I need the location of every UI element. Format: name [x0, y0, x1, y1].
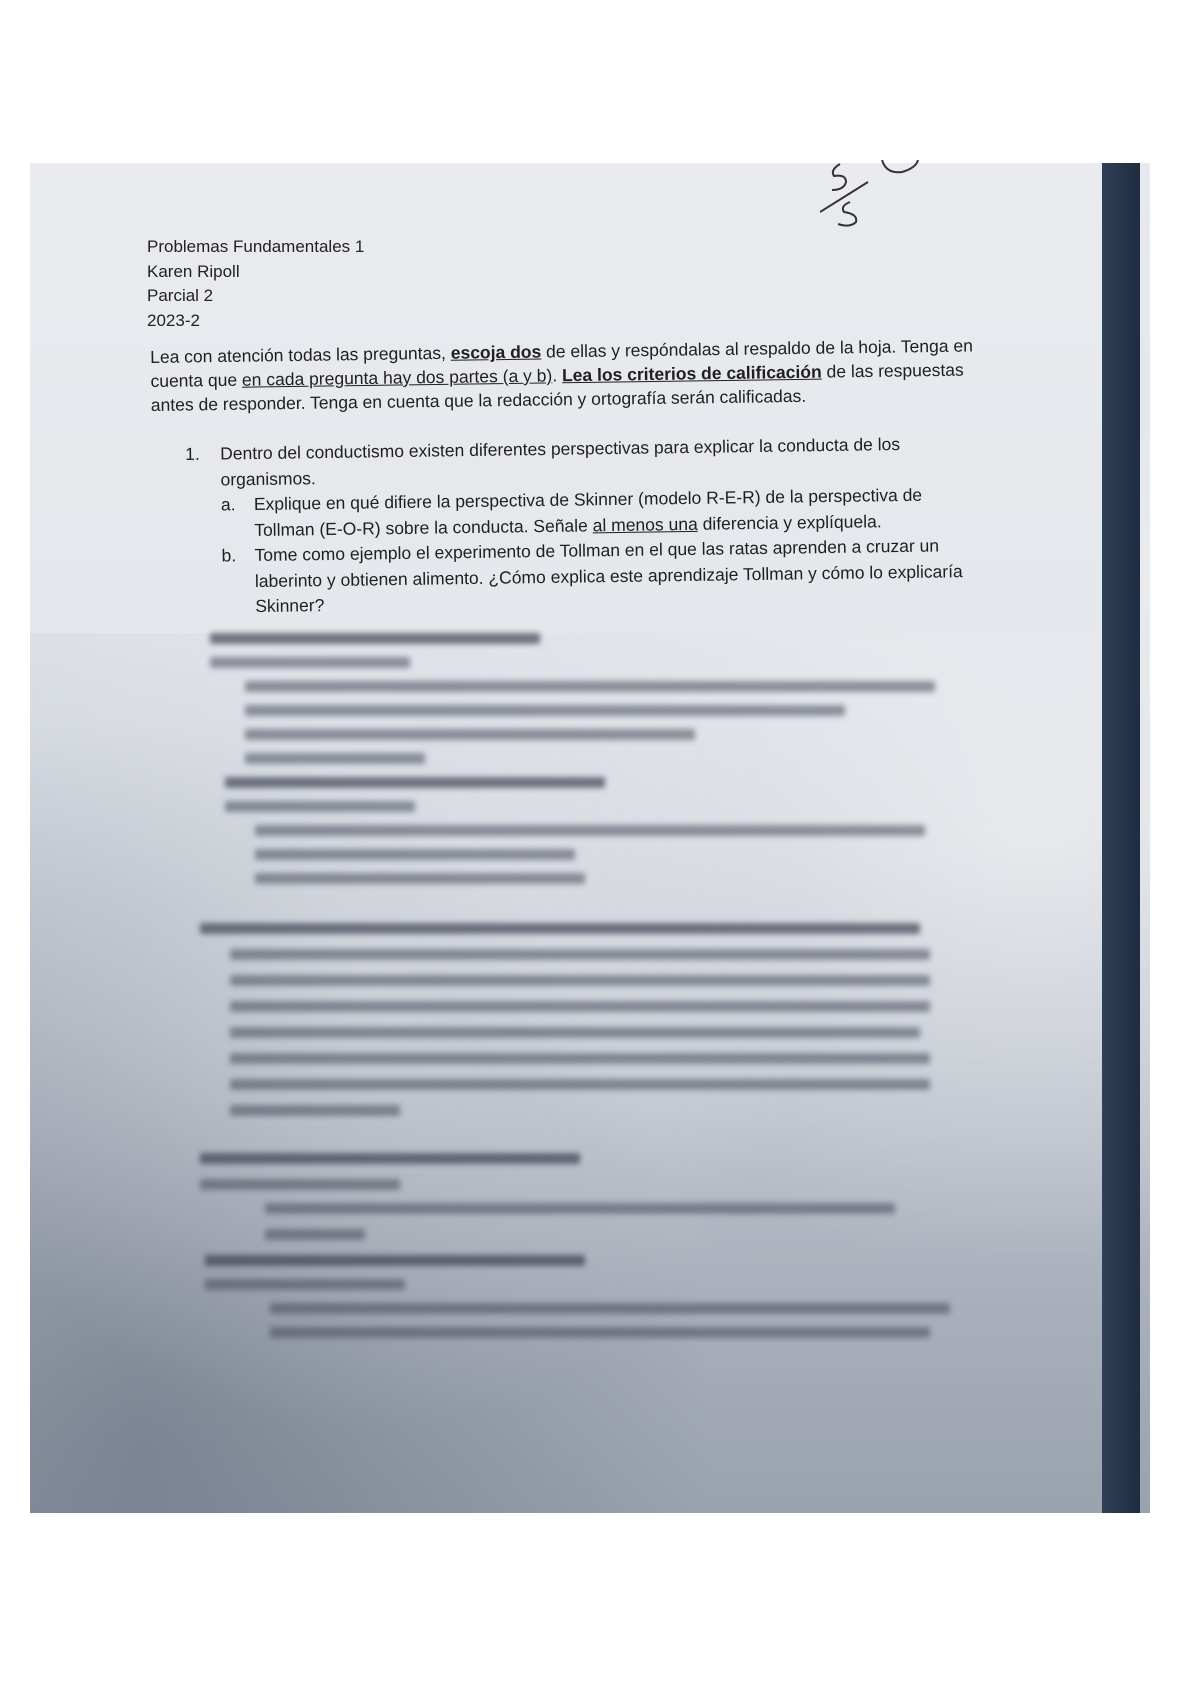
teacher-name: Karen Ripoll: [147, 260, 364, 285]
handwritten-grade: [820, 160, 920, 230]
emphasis: escoja dos: [451, 342, 542, 363]
term: 2023-2: [147, 309, 364, 334]
question-1: 1. Dentro del conductismo existen difere…: [185, 431, 977, 621]
emphasis: en cada pregunta hay dos partes (a y b): [242, 365, 553, 389]
question-1b: b. Tome como ejemplo el experimento de T…: [221, 533, 977, 620]
emphasis: Lea los criterios de calificación: [562, 362, 822, 386]
exam-header: Problemas Fundamentales 1 Karen Ripoll P…: [147, 235, 364, 333]
instructions: Lea con atención todas las preguntas, es…: [150, 333, 981, 417]
question-number: 1.: [185, 442, 221, 493]
course-name: Problemas Fundamentales 1: [147, 235, 364, 260]
exam-name: Parcial 2: [147, 284, 364, 309]
obscured-section: [30, 623, 1150, 1513]
